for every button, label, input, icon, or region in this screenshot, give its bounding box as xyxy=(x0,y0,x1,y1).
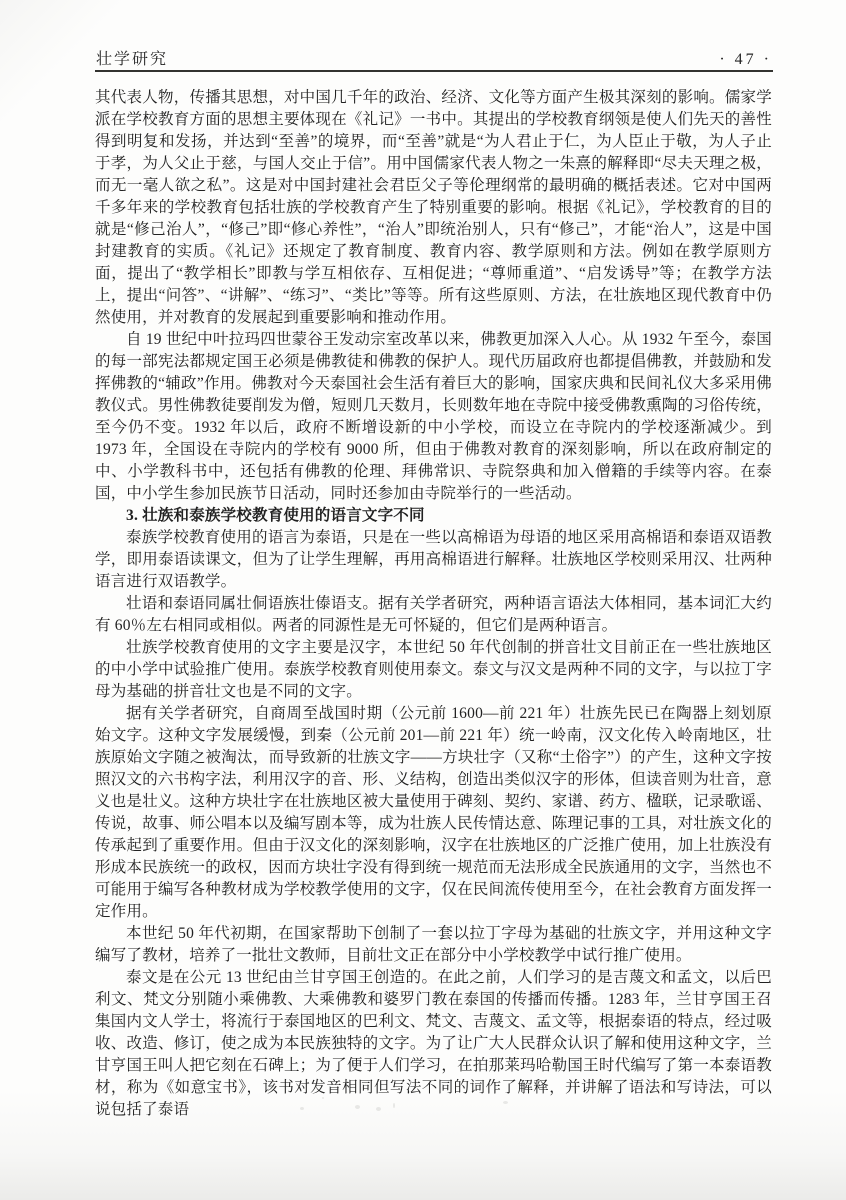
paragraph-continuation: 其代表人物，传播其思想，对中国几千年的政治、经济、文化等方面产生极其深刻的影响。… xyxy=(95,87,772,329)
scanned-page: 壮学研究 · 47 · 其代表人物，传播其思想，对中国几千年的政治、经济、文化等… xyxy=(0,0,846,1200)
section-heading-3: 3. 壮族和泰族学校教育使用的语言文字不同 xyxy=(95,505,772,527)
article-body: 其代表人物，传播其思想，对中国几千年的政治、经济、文化等方面产生极其深刻的影响。… xyxy=(95,87,772,1121)
header-rule xyxy=(95,70,773,72)
page-number: · 47 · xyxy=(719,51,772,69)
journal-title: 壮学研究 xyxy=(96,46,168,69)
paragraph-thai-script-history: 泰文是在公元 13 世纪由兰甘亨国王创造的。在此之前，人们学习的是吉蔑文和孟文，… xyxy=(95,967,772,1121)
paragraph-language-use: 泰族学校教育使用的语言为泰语，只是在一些以高棉语为母语的地区采用高棉语和泰语双语… xyxy=(95,527,772,593)
paragraph-latin-zhuang-script: 本世纪 50 年代初期，在国家帮助下创制了一套以拉丁字母为基础的壮族文字，并用这… xyxy=(95,923,772,967)
paragraph-scripts: 壮族学校教育使用的文字主要是汉字，本世纪 50 年代创制的拼音壮文目前正在一些壮… xyxy=(95,637,772,703)
paragraph-buddhism-thailand: 自 19 世纪中叶拉玛四世蒙谷王发动宗室改革以来，佛教更加深入人心。从 1932… xyxy=(95,329,772,505)
paragraph-language-family: 壮语和泰语同属壮侗语族壮傣语支。据有关学者研究，两种语言语法大体相同，基本词汇大… xyxy=(95,593,772,637)
paragraph-square-zhuang-script: 据有关学者研究，自商周至战国时期（公元前 1600—前 221 年）壮族先民已在… xyxy=(95,703,772,923)
page-header: 壮学研究 · 47 · xyxy=(96,46,772,69)
